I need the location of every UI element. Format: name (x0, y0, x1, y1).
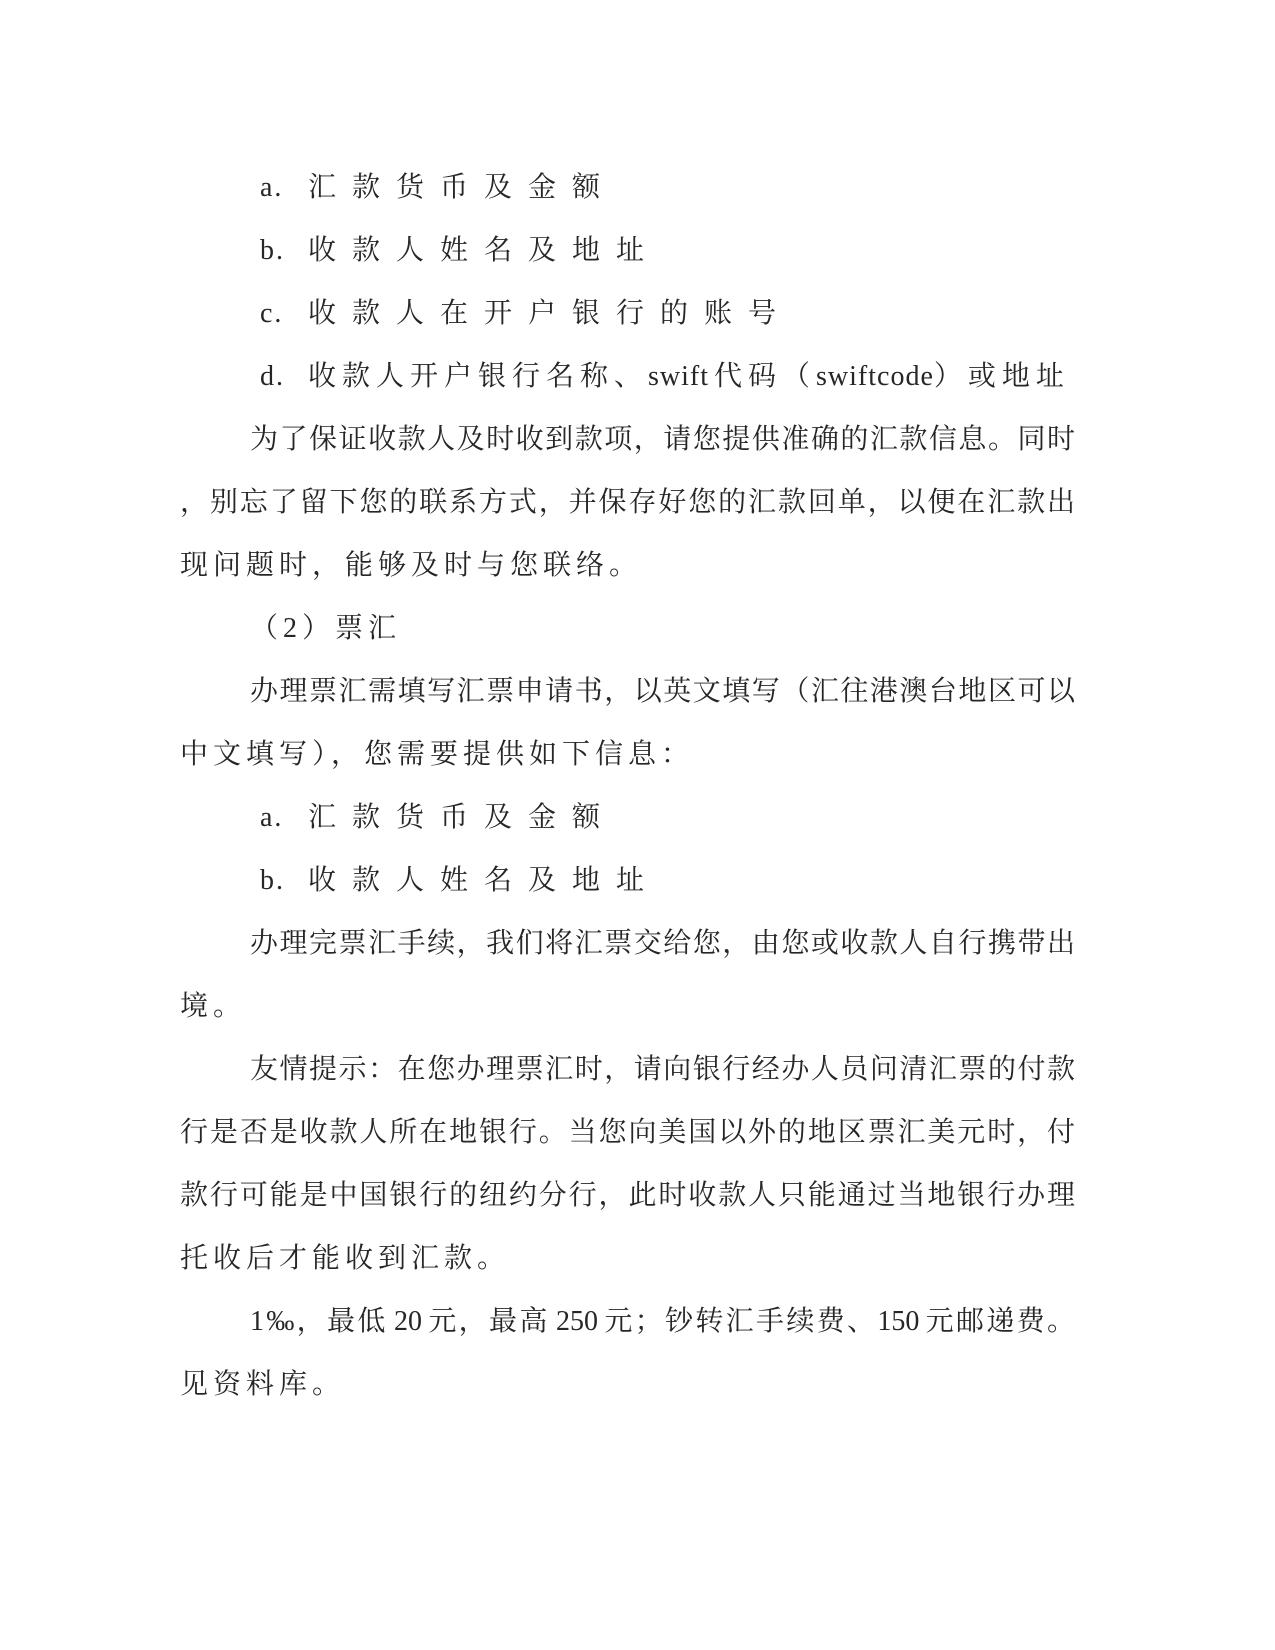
paragraph-accuracy-line-1: 为了保证收款人及时收到款项，请您提供准确的汇款信息。同时 (180, 408, 1075, 471)
list-item-a-1: a.汇款货币及金额 (180, 156, 1075, 219)
paragraph-tip-line-2: 行是否是收款人所在地银行。当您向美国以外的地区票汇美元时，付 (180, 1101, 1075, 1164)
heading-demand-draft: （2）票汇 (180, 597, 1075, 660)
paragraph-fees-line-2: 见资料库。 (180, 1353, 1075, 1416)
list-item-c: c.收款人在开户银行的账号 (180, 282, 1075, 345)
list-marker: b. (260, 849, 308, 912)
list-item-a-2: a.汇款货币及金额 (180, 786, 1075, 849)
list-item-text: 收款人在开户银行的账号 (308, 298, 792, 329)
swift-code-label: swift (648, 361, 714, 392)
list-item-b-1: b.收款人姓名及地址 (180, 219, 1075, 282)
list-item-text: 汇款货币及金额 (308, 802, 616, 833)
list-item-text: 收款人姓名及地址 (308, 865, 660, 896)
paragraph-draft-handover-line-2: 境。 (180, 975, 1075, 1038)
list-item-text-segment: 收款人开户银行名称、 (308, 361, 648, 392)
list-marker: a. (260, 156, 308, 219)
list-item-text: 汇款货币及金额 (308, 172, 616, 203)
list-item-text: 收款人姓名及地址 (308, 235, 660, 266)
list-marker: c. (260, 282, 308, 345)
list-item-d: d.收款人开户银行名称、swift 代码（swiftcode）或地址 (180, 345, 1075, 408)
list-item-text-segment: 代码（ (714, 361, 816, 392)
swift-code-label: swiftcode (816, 361, 934, 392)
paragraph-accuracy-line-3: 现问题时，能够及时与您联络。 (180, 534, 1075, 597)
list-marker: b. (260, 219, 308, 282)
paragraph-fees-line-1: 1‰，最低 20 元，最高 250 元；钞转汇手续费、150 元邮递费。 (180, 1290, 1075, 1353)
list-marker: a. (260, 786, 308, 849)
paragraph-tip-line-3: 款行可能是中国银行的纽约分行，此时收款人只能通过当地银行办理 (180, 1164, 1075, 1227)
paragraph-tip-line-4: 托收后才能收到汇款。 (180, 1227, 1075, 1290)
list-marker: d. (260, 345, 308, 408)
paragraph-tip-line-1: 友情提示：在您办理票汇时，请向银行经办人员问清汇票的付款 (180, 1038, 1075, 1101)
list-item-text-segment: ）或地址 (934, 361, 1070, 392)
list-item-b-2: b.收款人姓名及地址 (180, 849, 1075, 912)
paragraph-draft-apply-line-2: 中文填写），您需要提供如下信息： (180, 723, 1075, 786)
paragraph-draft-apply-line-1: 办理票汇需填写汇票申请书，以英文填写（汇往港澳台地区可以 (180, 660, 1075, 723)
paragraph-draft-handover-line-1: 办理完票汇手续，我们将汇票交给您，由您或收款人自行携带出 (180, 912, 1075, 975)
document-page: a.汇款货币及金额 b.收款人姓名及地址 c.收款人在开户银行的账号 d.收款人… (180, 156, 1075, 1416)
paragraph-accuracy-line-2: ，别忘了留下您的联系方式，并保存好您的汇款回单，以便在汇款出 (180, 471, 1075, 534)
